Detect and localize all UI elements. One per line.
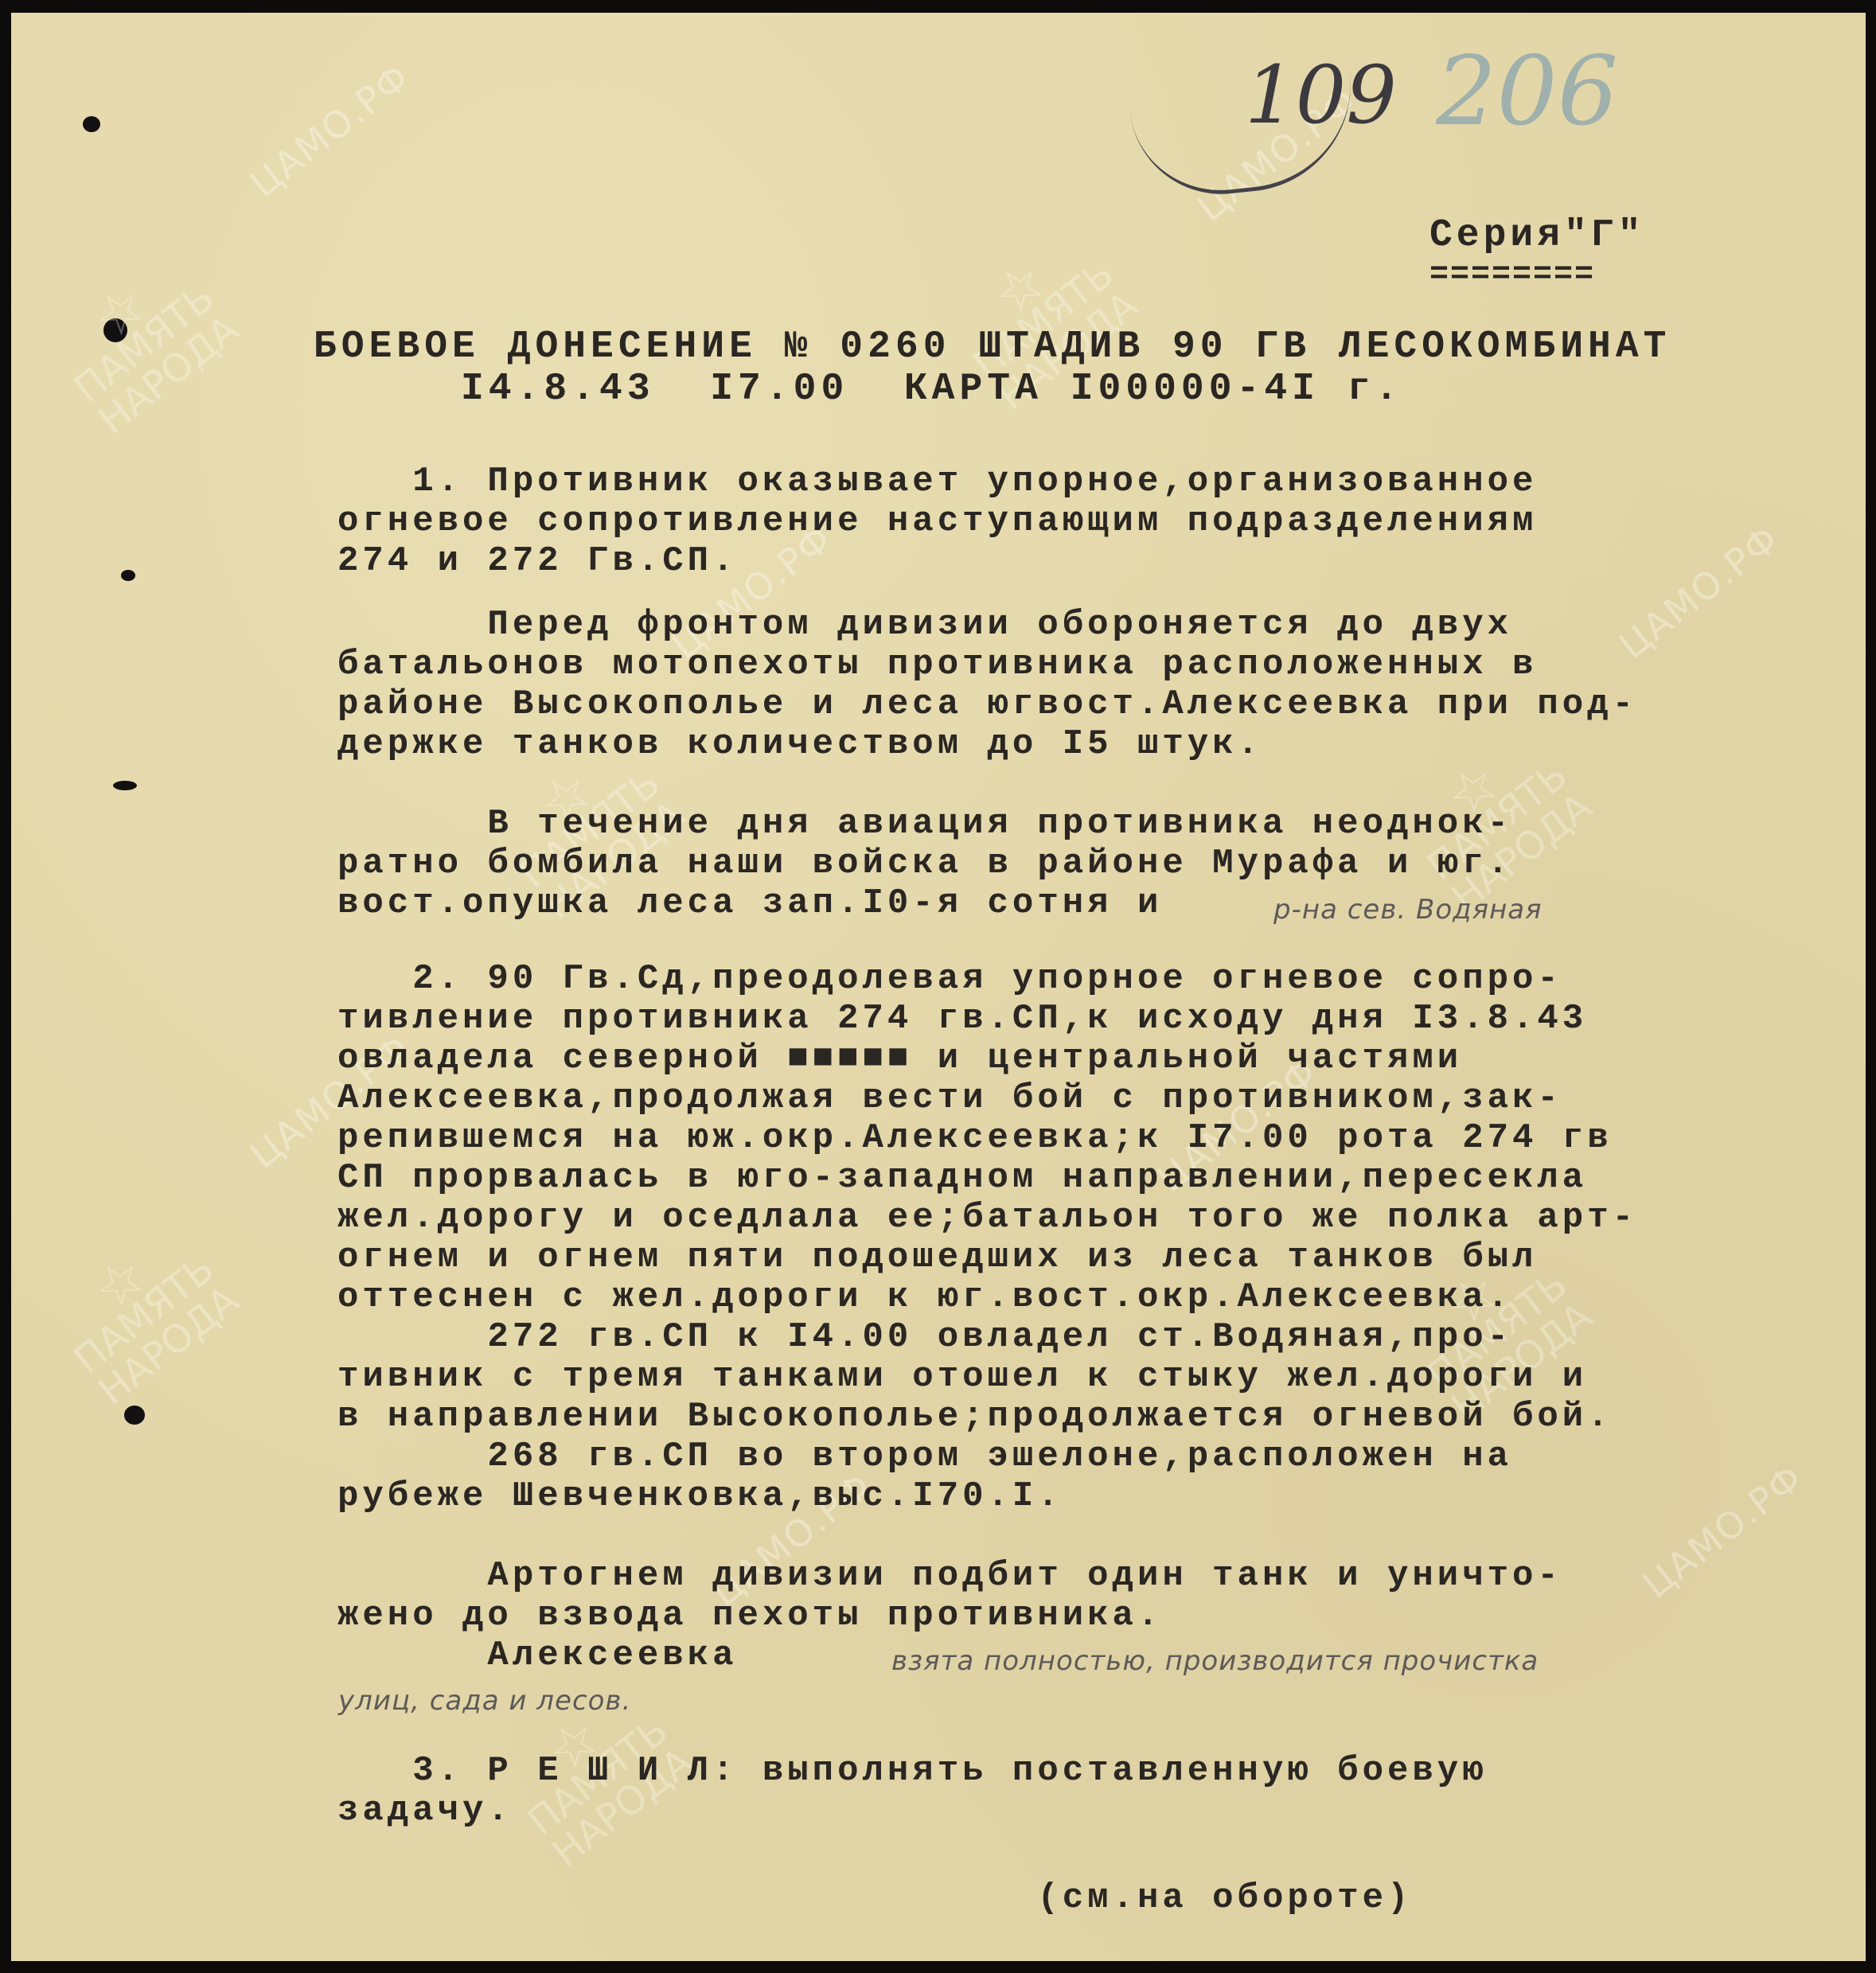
report-line: 272 гв.СП к I4.00 овладел ст.Водяная,про… <box>337 1317 1512 1357</box>
handwritten-note: р-на сев. Водяная <box>1273 890 1543 930</box>
report-line: в направлении Высокополье;продолжается о… <box>337 1397 1613 1437</box>
page-number: 206 <box>1436 37 1618 147</box>
handwritten-note: взята полностью, производится прочистка <box>891 1641 1539 1681</box>
punch-hole <box>121 570 135 581</box>
report-line: жел.дорогу и оседлала ее;батальон того ж… <box>337 1198 1637 1238</box>
report-line: СП прорвалась в юго-западном направлении… <box>337 1158 1587 1198</box>
report-line: Перед фронтом дивизии обороняется до дву… <box>337 605 1512 645</box>
watermark-project: ☆ ПАМЯТЬ НАРОДА <box>43 246 246 441</box>
report-line: тивление противника 274 гв.СП,к исходу д… <box>337 999 1587 1039</box>
document-title: БОЕВОЕ ДОНЕСЕНИЕ № 0260 ШТАДИВ 90 ГВ ЛЕС… <box>314 327 1671 367</box>
report-line: В течение дня авиация противника неоднок… <box>337 804 1512 844</box>
report-line: 3. Р Е Ш И Л: выполнять поставленную бое… <box>337 1751 1488 1791</box>
archive-number: 109 <box>1245 49 1397 142</box>
report-line: тивник с тремя танками отошел к стыку же… <box>337 1357 1587 1397</box>
series-rule: ======== <box>1429 255 1595 295</box>
report-line: 268 гв.СП во втором эшелоне,расположен н… <box>337 1437 1512 1476</box>
report-line: задачу. <box>337 1791 513 1831</box>
report-line: Алексеевка <box>337 1636 737 1675</box>
report-line: районе Высокополье и леса югвост.Алексее… <box>337 684 1637 724</box>
series-label: Серия"Г" <box>1429 216 1644 255</box>
report-line: жено до взвода пехоты противника. <box>337 1596 1162 1636</box>
handwritten-note: улиц, сада и лесов. <box>338 1681 631 1721</box>
document-page: ЦАМО.РФ ЦАМО.РФ ЦАМО.РФ ЦАМО.РФ ЦАМО.РФ … <box>11 13 1866 1961</box>
punch-hole <box>83 116 100 132</box>
punch-hole <box>124 1406 145 1425</box>
report-line: огневое сопротивление наступающим подраз… <box>337 501 1537 541</box>
punch-hole <box>113 781 137 790</box>
report-line: Артогнем дивизии подбит один танк и унич… <box>337 1556 1562 1596</box>
watermark-archive: ЦАМО.РФ <box>242 55 419 206</box>
report-line: 1. Противник оказывает упорное,организов… <box>337 462 1537 501</box>
watermark-project: ☆ ПАМЯТЬ НАРОДА <box>43 1217 246 1412</box>
report-line: Алексеевка,продолжая вести бой с противн… <box>337 1078 1562 1118</box>
watermark-archive: ЦАМО.РФ <box>1611 517 1788 668</box>
report-line: (см.на обороте) <box>337 1878 1412 1918</box>
report-line: вост.опушка леса зап.I0-я сотня и <box>337 883 1162 923</box>
report-line: 274 и 272 Гв.СП. <box>337 541 737 581</box>
report-line: овладела северной ■■■■■ и центральной ча… <box>337 1039 1462 1078</box>
watermark-archive: ЦАМО.РФ <box>1635 1456 1812 1607</box>
report-line: батальонов мотопехоты противника располо… <box>337 645 1537 684</box>
report-line: рубеже Шевченковка,выс.I70.I. <box>337 1476 1063 1516</box>
report-line: репившемся на юж.окр.Алексеевка;к I7.00 … <box>337 1118 1613 1158</box>
report-line: 2. 90 Гв.Сд,преодолевая упорное огневое … <box>337 959 1562 999</box>
report-line: ратно бомбила наши войска в районе Мураф… <box>337 844 1512 883</box>
document-subtitle: I4.8.43 I7.00 КАРТА I00000-4I г. <box>461 369 1402 409</box>
report-line: оттеснен с жел.дороги к юг.вост.окр.Алек… <box>337 1277 1512 1317</box>
report-line: держке танков количеством до I5 штук. <box>337 724 1262 764</box>
report-line: огнем и огнем пяти подошедших из леса та… <box>337 1238 1537 1277</box>
